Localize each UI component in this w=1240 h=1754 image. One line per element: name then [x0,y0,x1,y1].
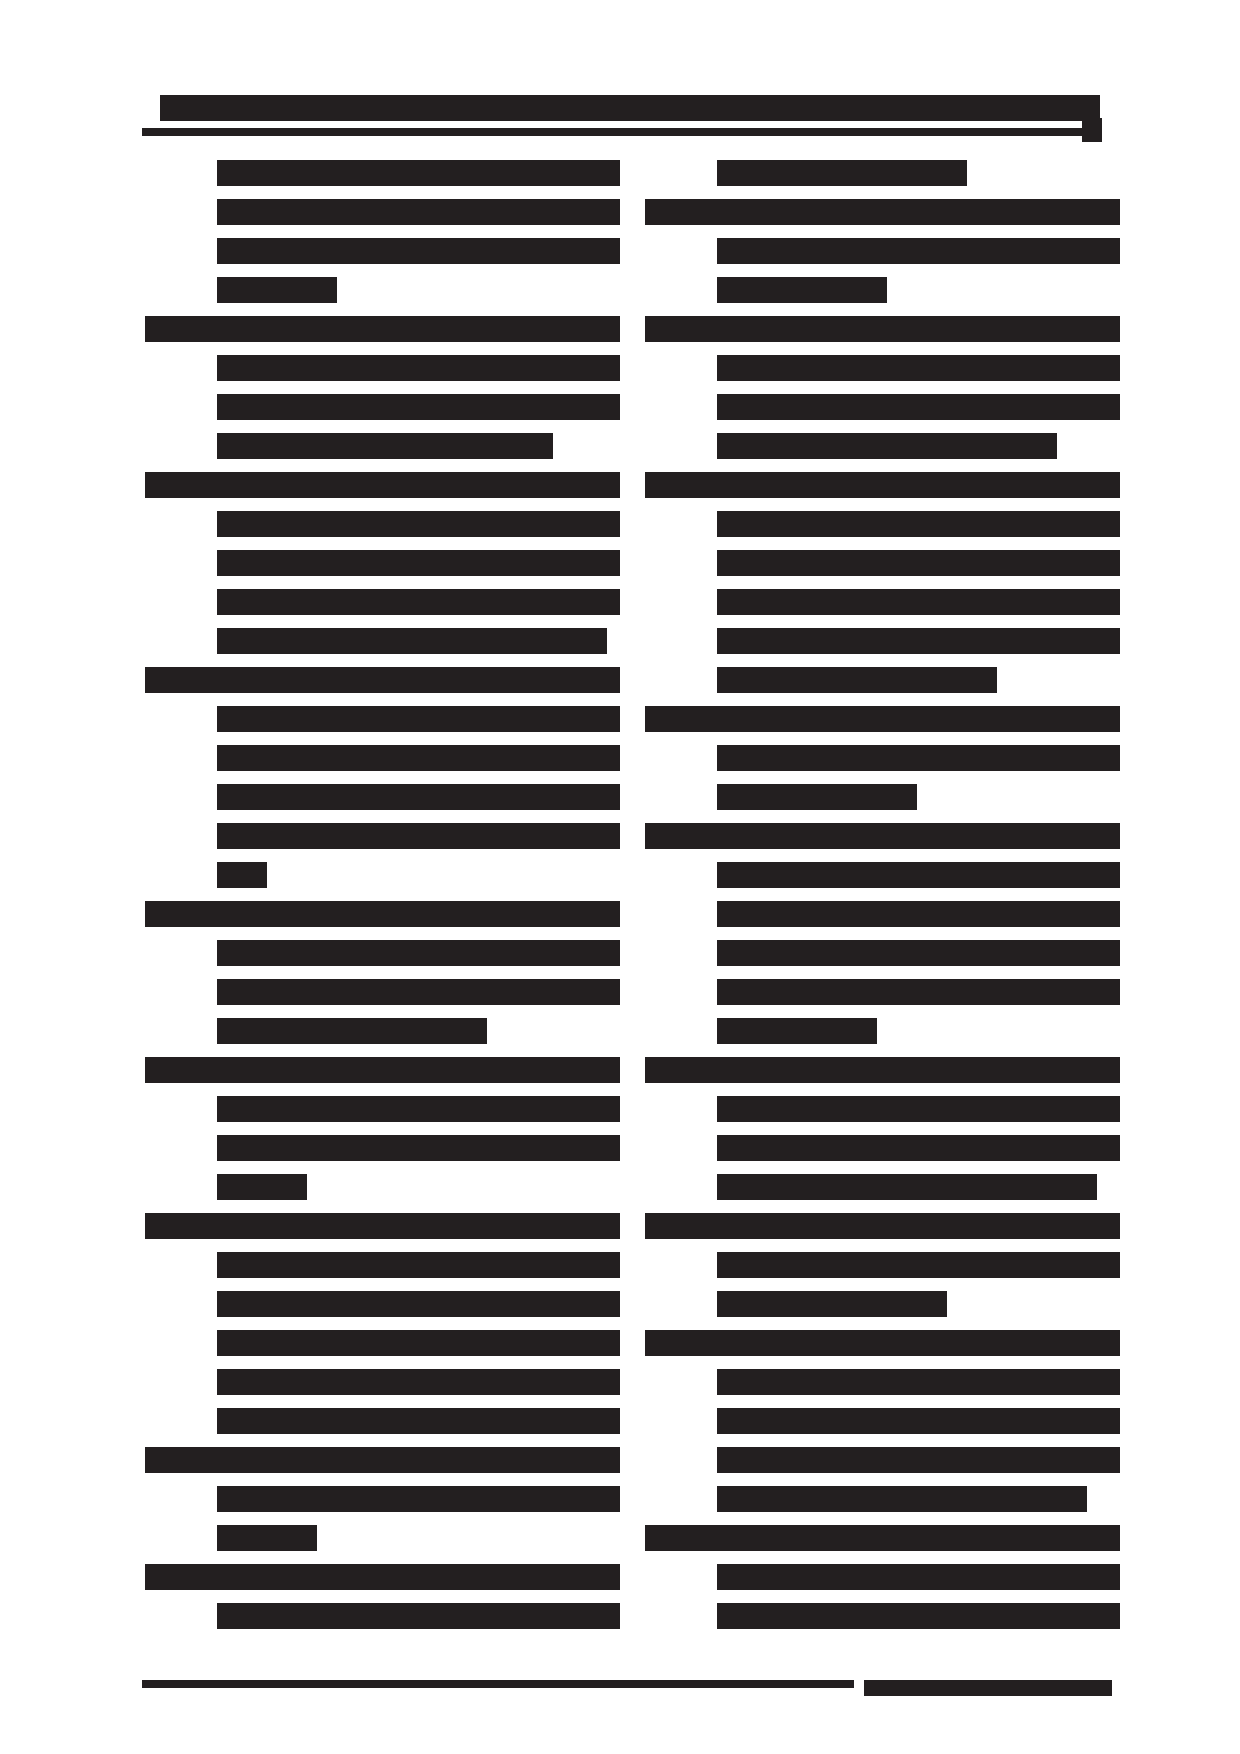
reference-entry [645,1525,1120,1629]
header-rule [142,128,1100,136]
reference-entry [145,1447,620,1551]
running-header [160,95,1100,121]
reference-entry [645,472,1120,693]
reference-entry [145,160,620,303]
reference-entry [145,1057,620,1200]
reference-entry [645,1213,1120,1317]
footer-url [864,1680,1112,1696]
reference-entry [645,1330,1120,1512]
reference-entry [145,472,620,654]
page-number [1082,118,1102,142]
reference-entry [645,1057,1120,1200]
reference-entry [645,160,1120,186]
reference-entry [145,667,620,888]
references-right-column [645,160,1120,1642]
reference-entry [145,316,620,459]
reference-entry [145,901,620,1044]
reference-entry [645,706,1120,810]
reference-entry [645,199,1120,303]
references-left-column [145,160,620,1642]
reference-entry [145,1213,620,1434]
reference-entry [645,316,1120,459]
footer-rule [142,1680,854,1688]
reference-entry [645,823,1120,1044]
reference-entry [145,1564,620,1629]
